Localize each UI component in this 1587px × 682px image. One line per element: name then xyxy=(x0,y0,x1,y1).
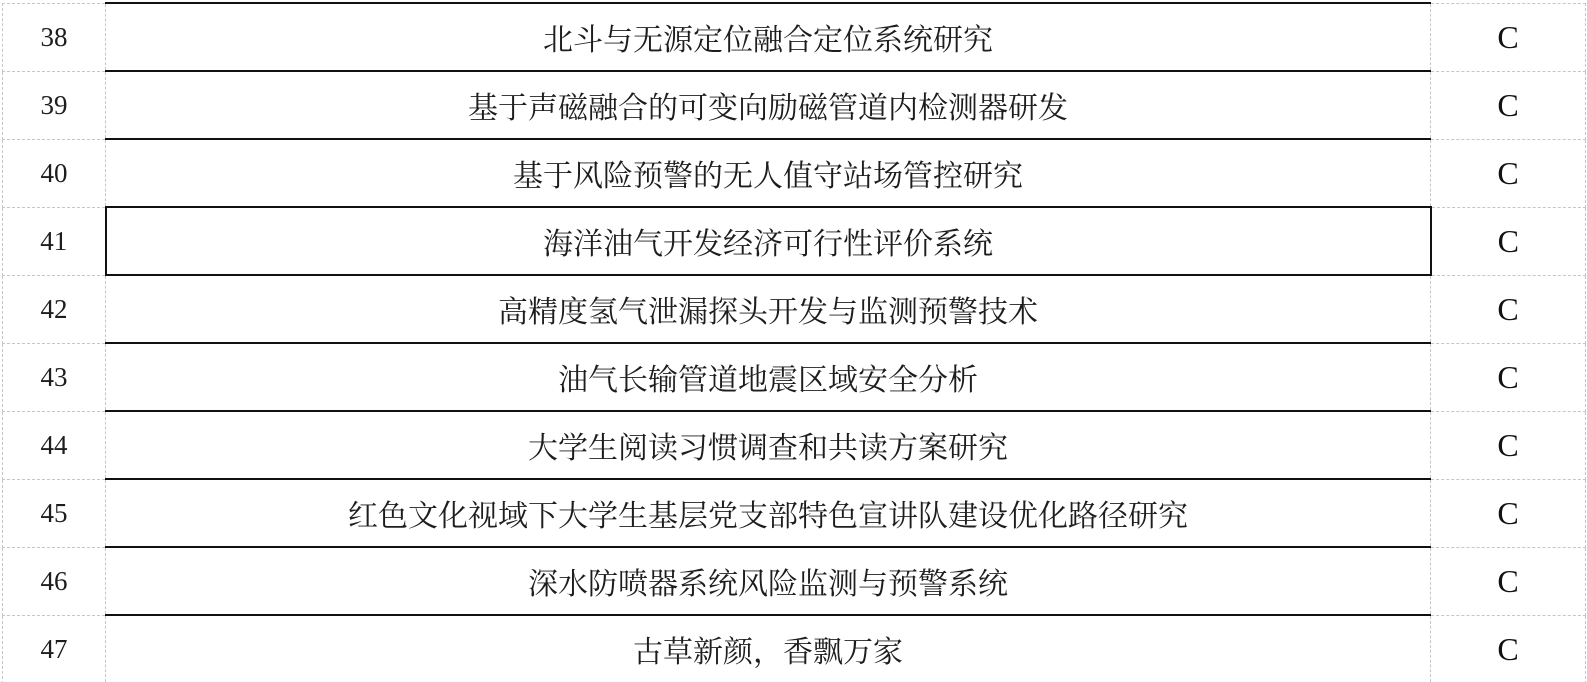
table-row: 45 红色文化视域下大学生基层党支部特色宣讲队建设优化路径研究 C xyxy=(3,479,1586,547)
project-title-cell[interactable]: 古草新颜，香飘万家 xyxy=(106,615,1431,682)
grade-cell[interactable]: C xyxy=(1431,139,1586,207)
document-page: 38 北斗与无源定位融合定位系统研究 C 39 基于声磁融合的可变向励磁管道内检… xyxy=(0,0,1587,682)
row-number-cell[interactable]: 46 xyxy=(3,547,106,615)
table-row: 47 古草新颜，香飘万家 C xyxy=(3,615,1586,682)
row-number-cell[interactable]: 39 xyxy=(3,71,106,139)
project-title-cell[interactable]: 大学生阅读习惯调查和共读方案研究 xyxy=(106,411,1431,479)
table-row: 39 基于声磁融合的可变向励磁管道内检测器研发 C xyxy=(3,71,1586,139)
row-number-cell[interactable]: 38 xyxy=(3,3,106,71)
project-title-cell[interactable]: 红色文化视域下大学生基层党支部特色宣讲队建设优化路径研究 xyxy=(106,479,1431,547)
grade-cell[interactable]: C xyxy=(1431,3,1586,71)
table-row: 40 基于风险预警的无人值守站场管控研究 C xyxy=(3,139,1586,207)
row-number-cell[interactable]: 42 xyxy=(3,275,106,343)
grade-cell[interactable]: C xyxy=(1431,275,1586,343)
row-number-cell[interactable]: 43 xyxy=(3,343,106,411)
project-title-cell[interactable]: 油气长输管道地震区域安全分析 xyxy=(106,343,1431,411)
table-row: 43 油气长输管道地震区域安全分析 C xyxy=(3,343,1586,411)
project-title-cell[interactable]: 深水防喷器系统风险监测与预警系统 xyxy=(106,547,1431,615)
project-title-cell[interactable]: 北斗与无源定位融合定位系统研究 xyxy=(106,3,1431,71)
row-number-cell[interactable]: 41 xyxy=(3,207,106,275)
project-title-cell-selected[interactable]: 海洋油气开发经济可行性评价系统 xyxy=(106,207,1431,275)
grades-table: 38 北斗与无源定位融合定位系统研究 C 39 基于声磁融合的可变向励磁管道内检… xyxy=(2,2,1586,682)
row-number-cell[interactable]: 45 xyxy=(3,479,106,547)
table-row: 42 高精度氢气泄漏探头开发与监测预警技术 C xyxy=(3,275,1586,343)
table-row: 46 深水防喷器系统风险监测与预警系统 C xyxy=(3,547,1586,615)
row-number-cell[interactable]: 40 xyxy=(3,139,106,207)
project-title-cell[interactable]: 基于风险预警的无人值守站场管控研究 xyxy=(106,139,1431,207)
grade-cell[interactable]: C xyxy=(1431,547,1586,615)
table-row: 44 大学生阅读习惯调查和共读方案研究 C xyxy=(3,411,1586,479)
grade-cell[interactable]: C xyxy=(1431,207,1586,275)
row-number-cell[interactable]: 47 xyxy=(3,615,106,682)
grade-cell[interactable]: C xyxy=(1431,479,1586,547)
grade-cell[interactable]: C xyxy=(1431,411,1586,479)
table-row: 41 海洋油气开发经济可行性评价系统 C xyxy=(3,207,1586,275)
grade-cell[interactable]: C xyxy=(1431,343,1586,411)
project-title-cell[interactable]: 高精度氢气泄漏探头开发与监测预警技术 xyxy=(106,275,1431,343)
project-title-cell[interactable]: 基于声磁融合的可变向励磁管道内检测器研发 xyxy=(106,71,1431,139)
grade-cell[interactable]: C xyxy=(1431,71,1586,139)
grade-cell[interactable]: C xyxy=(1431,615,1586,682)
row-number-cell[interactable]: 44 xyxy=(3,411,106,479)
table-row: 38 北斗与无源定位融合定位系统研究 C xyxy=(3,3,1586,71)
